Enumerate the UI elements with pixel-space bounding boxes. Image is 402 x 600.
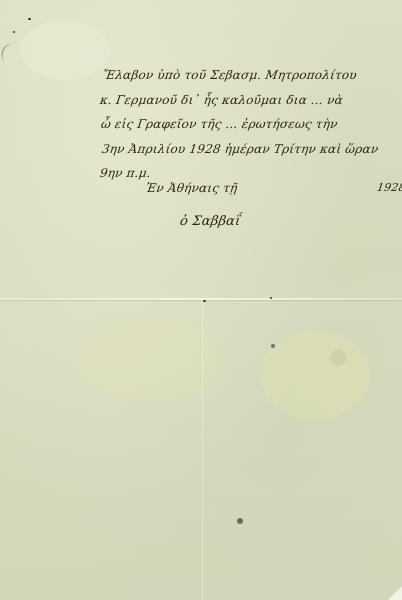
paper-stain	[20, 20, 110, 80]
year: 1928	[376, 181, 402, 194]
letter-line-4: 3ην Ἀπριλίου 1928 ἡμέραν Τρίτην καὶ ὥραν	[101, 142, 379, 156]
document-page: Ἔλαβον ὑπὸ τοῦ Σεβασμ. Μητροπολίτου κ. Γ…	[0, 0, 402, 600]
ink-spot	[203, 300, 206, 302]
place-date: Ἐν Ἀθήναις τῇ	[145, 181, 238, 195]
paper-stain	[260, 330, 370, 420]
ink-spot	[13, 31, 15, 33]
letter-line-2: κ. Γερμανοῦ δι᾽ ἧς καλοῦμαι δια ... νὰ	[99, 93, 344, 107]
letter-line-5: 9ην π.μ.	[99, 166, 152, 180]
torn-corner	[388, 586, 402, 600]
paper-stain	[80, 320, 220, 400]
letter-line-1: Ἔλαβον ὑπὸ τοῦ Σεβασμ. Μητροπολίτου	[102, 68, 358, 82]
paper-stain	[330, 350, 346, 366]
ink-spot	[237, 518, 243, 524]
ink-spot	[271, 344, 275, 348]
ink-spot	[270, 297, 272, 299]
fold-shadow	[0, 300, 402, 301]
margin-mark	[0, 42, 18, 63]
signature: ὁ Σαββαΐ	[179, 214, 242, 229]
letter-line-3: ὦ εἰς Γραφεῖον τῆς ... ἐρωτήσεως τὴν	[100, 117, 339, 131]
ink-spot	[28, 18, 31, 20]
vertical-fold	[202, 300, 203, 600]
